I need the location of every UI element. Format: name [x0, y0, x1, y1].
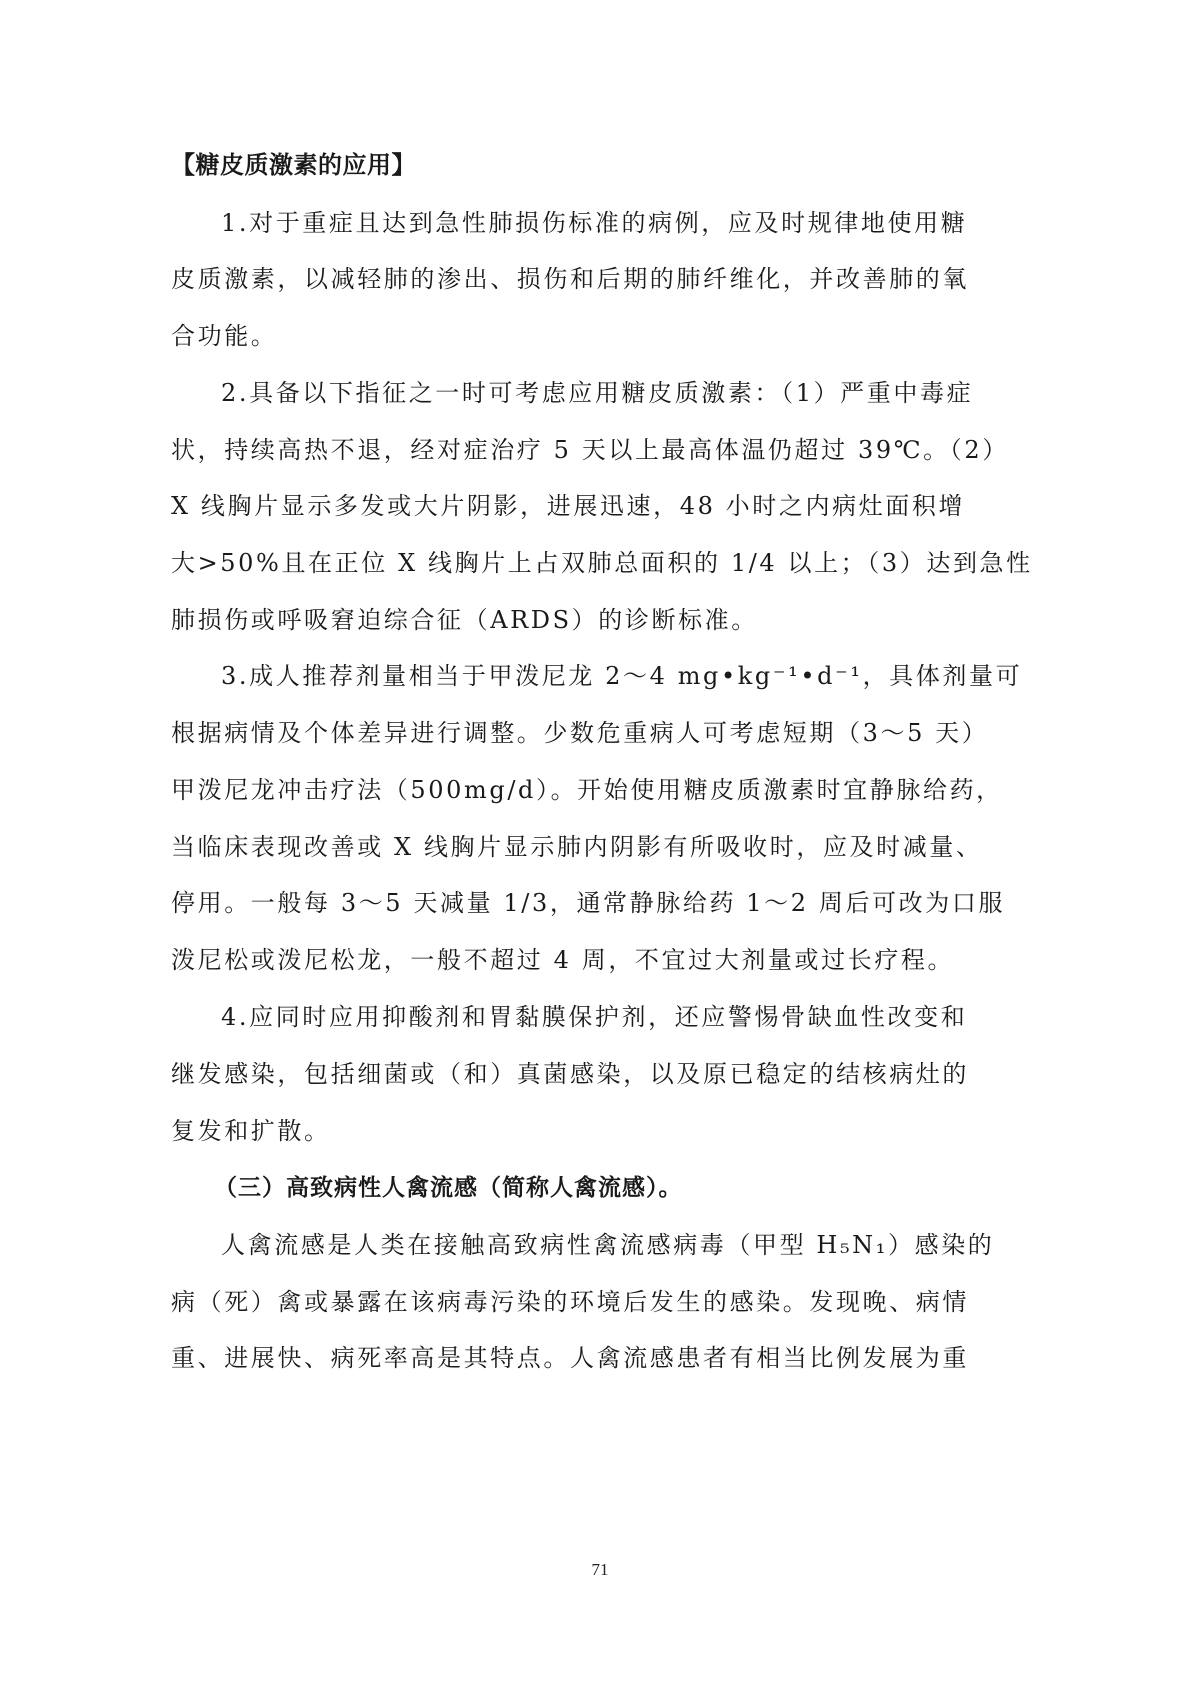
paragraph-line: 2.具备以下指征之一时可考虑应用糖皮质激素：（1）严重中毒症	[221, 373, 941, 413]
paragraph-line: 泼尼松或泼尼松龙，一般不超过 4 周，不宜过大剂量或过长疗程。	[171, 940, 941, 980]
paragraph-line: 1.对于重症且达到急性肺损伤标准的病例，应及时规律地使用糖	[221, 203, 941, 243]
paragraph-line: 合功能。	[171, 316, 941, 356]
paragraph-line: 重、进展快、病死率高是其特点。人禽流感患者有相当比例发展为重	[171, 1338, 941, 1378]
paragraph-line: 甲泼尼龙冲击疗法（500mg/d）。开始使用糖皮质激素时宜静脉给药，	[171, 770, 941, 810]
subsection-title: （三）高致病性人禽流感（简称人禽流感）。	[214, 1168, 914, 1208]
paragraph-line: 继发感染，包括细菌或（和）真菌感染，以及原已稳定的结核病灶的	[171, 1054, 941, 1094]
paragraph-line: 人禽流感是人类在接触高致病性禽流感病毒（甲型 H₅N₁）感染的	[221, 1225, 941, 1265]
paragraph-line: 4.应同时应用抑酸剂和胃黏膜保护剂，还应警惕骨缺血性改变和	[221, 997, 941, 1037]
paragraph-line: 3.成人推荐剂量相当于甲泼尼龙 2～4 mg•kg⁻¹•d⁻¹，具体剂量可	[221, 656, 941, 696]
paragraph-line: 停用。一般每 3～5 天减量 1/3，通常静脉给药 1～2 周后可改为口服	[171, 883, 941, 923]
paragraph-line: 根据病情及个体差异进行调整。少数危重病人可考虑短期（3～5 天）	[171, 713, 941, 753]
page-number: 71	[0, 1560, 1200, 1580]
paragraph-line: 皮质激素，以减轻肺的渗出、损伤和后期的肺纤维化，并改善肺的氧	[171, 259, 941, 299]
paragraph-line: 肺损伤或呼吸窘迫综合征（ARDS）的诊断标准。	[171, 600, 941, 640]
paragraph-line: 大>50%且在正位 X 线胸片上占双肺总面积的 1/4 以上；（3）达到急性	[171, 543, 941, 583]
section-title: 【糖皮质激素的应用】	[171, 145, 941, 185]
paragraph-line: 状，持续高热不退，经对症治疗 5 天以上最高体温仍超过 39℃。（2）	[171, 430, 941, 470]
paragraph-line: 病（死）禽或暴露在该病毒污染的环境后发生的感染。发现晚、病情	[171, 1282, 941, 1322]
paragraph-line: 复发和扩散。	[171, 1111, 941, 1151]
paragraph-line: 当临床表现改善或 X 线胸片显示肺内阴影有所吸收时，应及时减量、	[171, 827, 941, 867]
document-page: 【糖皮质激素的应用】 1.对于重症且达到急性肺损伤标准的病例，应及时规律地使用糖…	[0, 0, 1200, 1696]
paragraph-line: X 线胸片显示多发或大片阴影，进展迅速，48 小时之内病灶面积增	[171, 486, 941, 526]
